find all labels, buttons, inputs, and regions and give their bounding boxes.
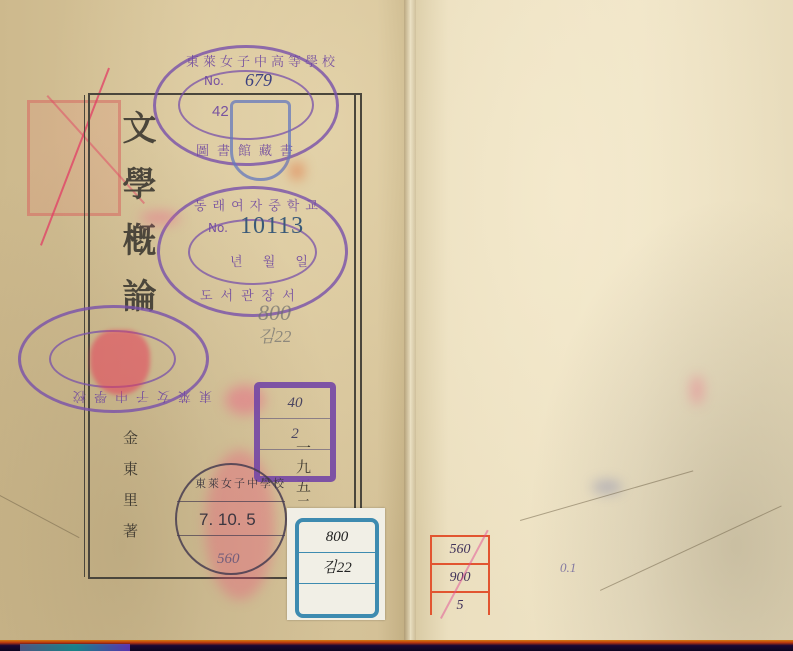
acquisition-stamp: 560 900 5: [430, 535, 490, 615]
stamp-ring-text: 동래여자중학교: [194, 195, 324, 214]
blue-shield-stamp: [230, 100, 291, 181]
date-stamp-band: [177, 535, 285, 536]
stamp-number-prefix: No.: [208, 221, 228, 235]
stamp-date-field: 년 월 일: [230, 251, 316, 270]
call-label-class: 800: [299, 522, 375, 553]
pink-smudge: [140, 212, 180, 224]
orange-smudge: [290, 162, 304, 180]
accession-number: 10113: [240, 213, 304, 240]
purple-box-row: 2: [260, 419, 330, 450]
library-stamp-2: 동래여자중학교 도서관장서 No. 년 월 일: [157, 186, 348, 317]
purple-box-row: 40: [260, 388, 330, 419]
stamp-year: 42: [212, 103, 229, 120]
acquisition-price: 560: [432, 535, 488, 563]
stamp-number-prefix: No.: [204, 74, 224, 88]
author-name: 金東里著: [120, 430, 141, 554]
date-stamp-date: 7. 10. 5: [199, 510, 256, 530]
call-label-volume: [299, 584, 375, 614]
scan-edge-artifact: [0, 640, 793, 651]
acquisition-class: 900: [432, 563, 488, 591]
date-stamp-band: [177, 501, 285, 502]
call-label-author: 김22: [299, 553, 375, 584]
date-stamp-handwritten: 560: [217, 551, 240, 568]
stamp-ring-text: 東萊女子中學校: [65, 388, 212, 407]
round-date-stamp: 東萊女子中學校 7. 10. 5 560: [175, 463, 287, 575]
call-label-frame: 800 김22: [295, 518, 379, 618]
purple-box-stamp: 40 2: [254, 382, 336, 482]
stamp-ring-text: 東萊女子中高等學校: [186, 51, 339, 70]
pencil-note-author-code: 김22: [258, 322, 291, 347]
faint-mark: 0.1: [560, 560, 576, 576]
date-stamp-ring-text: 東萊女子中學校: [195, 475, 286, 491]
handwritten-number: 679: [245, 70, 272, 91]
red-heart-stamp: [90, 330, 150, 395]
call-number-label: 800 김22: [287, 508, 385, 620]
book-gutter: [404, 0, 416, 642]
red-smudge: [690, 375, 704, 405]
